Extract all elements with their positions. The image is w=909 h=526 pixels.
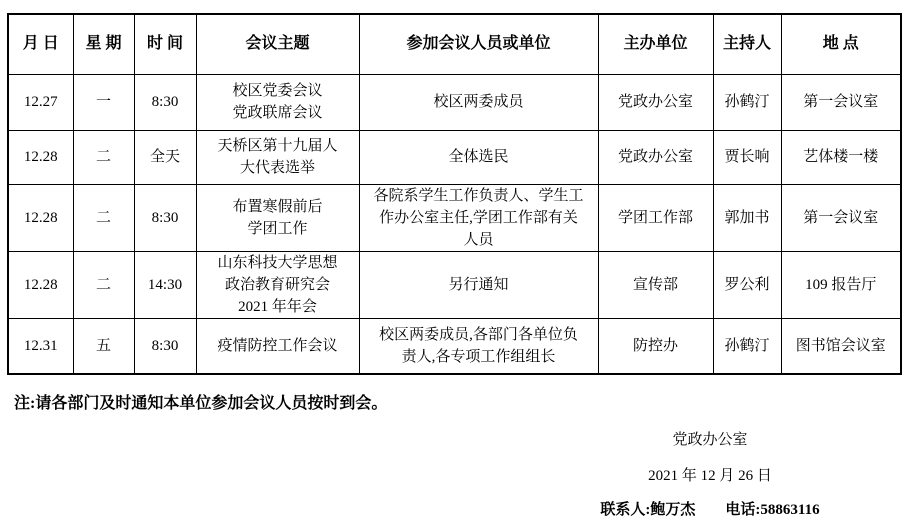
table-header-row: 月 日 星 期 时 间 会议主题 参加会议人员或单位 主办单位 主持人 地 点 xyxy=(8,14,901,74)
cell-participants: 校区两委成员 xyxy=(359,74,598,130)
cell-topic: 疫情防控工作会议 xyxy=(196,318,359,374)
cell-participants: 全体选民 xyxy=(359,130,598,184)
column-header-organizer: 主办单位 xyxy=(598,14,713,74)
cell-host: 郭加书 xyxy=(713,184,781,251)
column-header-time: 时 间 xyxy=(134,14,196,74)
cell-participants: 各院系学生工作负责人、学生工 作办公室主任,学团工作部有关 人员 xyxy=(359,184,598,251)
cell-weekday: 二 xyxy=(73,251,134,318)
table-row: 12.28 二 8:30 布置寒假前后 学团工作 各院系学生工作负责人、学生工 … xyxy=(8,184,901,251)
table-row: 12.27 一 8:30 校区党委会议 党政联席会议 校区两委成员 党政办公室 … xyxy=(8,74,901,130)
footer-date: 2021 年 12 月 26 日 xyxy=(480,464,909,485)
column-header-host: 主持人 xyxy=(713,14,781,74)
cell-date: 12.28 xyxy=(8,130,73,184)
footer-office: 党政办公室 xyxy=(480,428,909,449)
cell-date: 12.28 xyxy=(8,251,73,318)
cell-date: 12.28 xyxy=(8,184,73,251)
table-row: 12.28 二 14:30 山东科技大学思想 政治教育研究会 2021 年年会 … xyxy=(8,251,901,318)
cell-organizer: 防控办 xyxy=(598,318,713,374)
cell-time: 14:30 xyxy=(134,251,196,318)
column-header-participants: 参加会议人员或单位 xyxy=(359,14,598,74)
cell-topic: 天桥区第十九届人 大代表选举 xyxy=(196,130,359,184)
column-header-topic: 会议主题 xyxy=(196,14,359,74)
cell-weekday: 二 xyxy=(73,184,134,251)
table-row: 12.28 二 全天 天桥区第十九届人 大代表选举 全体选民 党政办公室 贾长响… xyxy=(8,130,901,184)
cell-date: 12.27 xyxy=(8,74,73,130)
column-header-date: 月 日 xyxy=(8,14,73,74)
cell-topic: 布置寒假前后 学团工作 xyxy=(196,184,359,251)
footer-contact: 联系人:鲍万杰 电话:58863116 xyxy=(480,498,909,519)
cell-host: 贾长响 xyxy=(713,130,781,184)
cell-location: 109 报告厅 xyxy=(781,251,901,318)
cell-location: 第一会议室 xyxy=(781,74,901,130)
cell-location: 艺体楼一楼 xyxy=(781,130,901,184)
meeting-schedule-table: 月 日 星 期 时 间 会议主题 参加会议人员或单位 主办单位 主持人 地 点 … xyxy=(7,13,902,375)
cell-organizer: 宣传部 xyxy=(598,251,713,318)
cell-host: 罗公利 xyxy=(713,251,781,318)
cell-weekday: 五 xyxy=(73,318,134,374)
cell-time: 全天 xyxy=(134,130,196,184)
cell-organizer: 党政办公室 xyxy=(598,130,713,184)
table-row: 12.31 五 8:30 疫情防控工作会议 校区两委成员,各部门各单位负 责人,… xyxy=(8,318,901,374)
note-text: 注:请各部门及时通知本单位参加会议人员按时到会。 xyxy=(14,390,387,413)
cell-date: 12.31 xyxy=(8,318,73,374)
cell-host: 孙鹤汀 xyxy=(713,74,781,130)
column-header-location: 地 点 xyxy=(781,14,901,74)
cell-location: 图书馆会议室 xyxy=(781,318,901,374)
cell-organizer: 学团工作部 xyxy=(598,184,713,251)
cell-organizer: 党政办公室 xyxy=(598,74,713,130)
cell-weekday: 一 xyxy=(73,74,134,130)
cell-time: 8:30 xyxy=(134,184,196,251)
cell-host: 孙鹤汀 xyxy=(713,318,781,374)
cell-weekday: 二 xyxy=(73,130,134,184)
column-header-weekday: 星 期 xyxy=(73,14,134,74)
cell-participants: 另行通知 xyxy=(359,251,598,318)
cell-topic: 山东科技大学思想 政治教育研究会 2021 年年会 xyxy=(196,251,359,318)
cell-time: 8:30 xyxy=(134,318,196,374)
cell-participants: 校区两委成员,各部门各单位负 责人,各专项工作组组长 xyxy=(359,318,598,374)
cell-topic: 校区党委会议 党政联席会议 xyxy=(196,74,359,130)
cell-time: 8:30 xyxy=(134,74,196,130)
cell-location: 第一会议室 xyxy=(781,184,901,251)
